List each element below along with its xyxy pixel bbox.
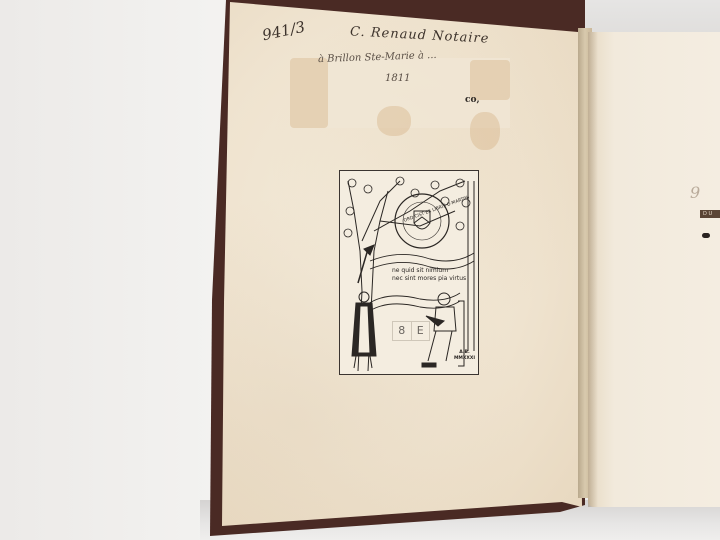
artist-monogram: A.B. MMXXXI [454,350,475,362]
shelfmark-number: 8 [393,322,412,340]
inscription-year: 1811 [385,73,410,84]
pencil-shelfmark: 8 E [392,321,430,341]
artist-year: MMXXXI [454,356,475,362]
tape-stain [377,106,411,136]
bookplate-ex-libris: ORD·CIST·EX LIBRIS D·MARTINI ne quid sit… [339,170,479,375]
flyleaf-label: D U [700,210,720,218]
tape-stain [470,60,510,100]
shelfmark-letter: E [412,322,430,340]
tape-stain [470,112,500,150]
bookplate-motto-line2: nec sint mores pia virtus [392,275,466,282]
photo-scene: 941/3 C. Renaud Notaire à Brillon Ste-Ma… [0,0,720,540]
flyleaf-shadow [588,32,598,507]
bookplate-motto-line1: ne quid sit nimium [392,267,448,274]
ink-blot [702,233,710,238]
printed-fragment: co, [465,95,480,105]
tape-stain [290,58,328,128]
flyleaf-page [588,32,720,507]
flyleaf-ink-mark: 9 [690,183,700,202]
